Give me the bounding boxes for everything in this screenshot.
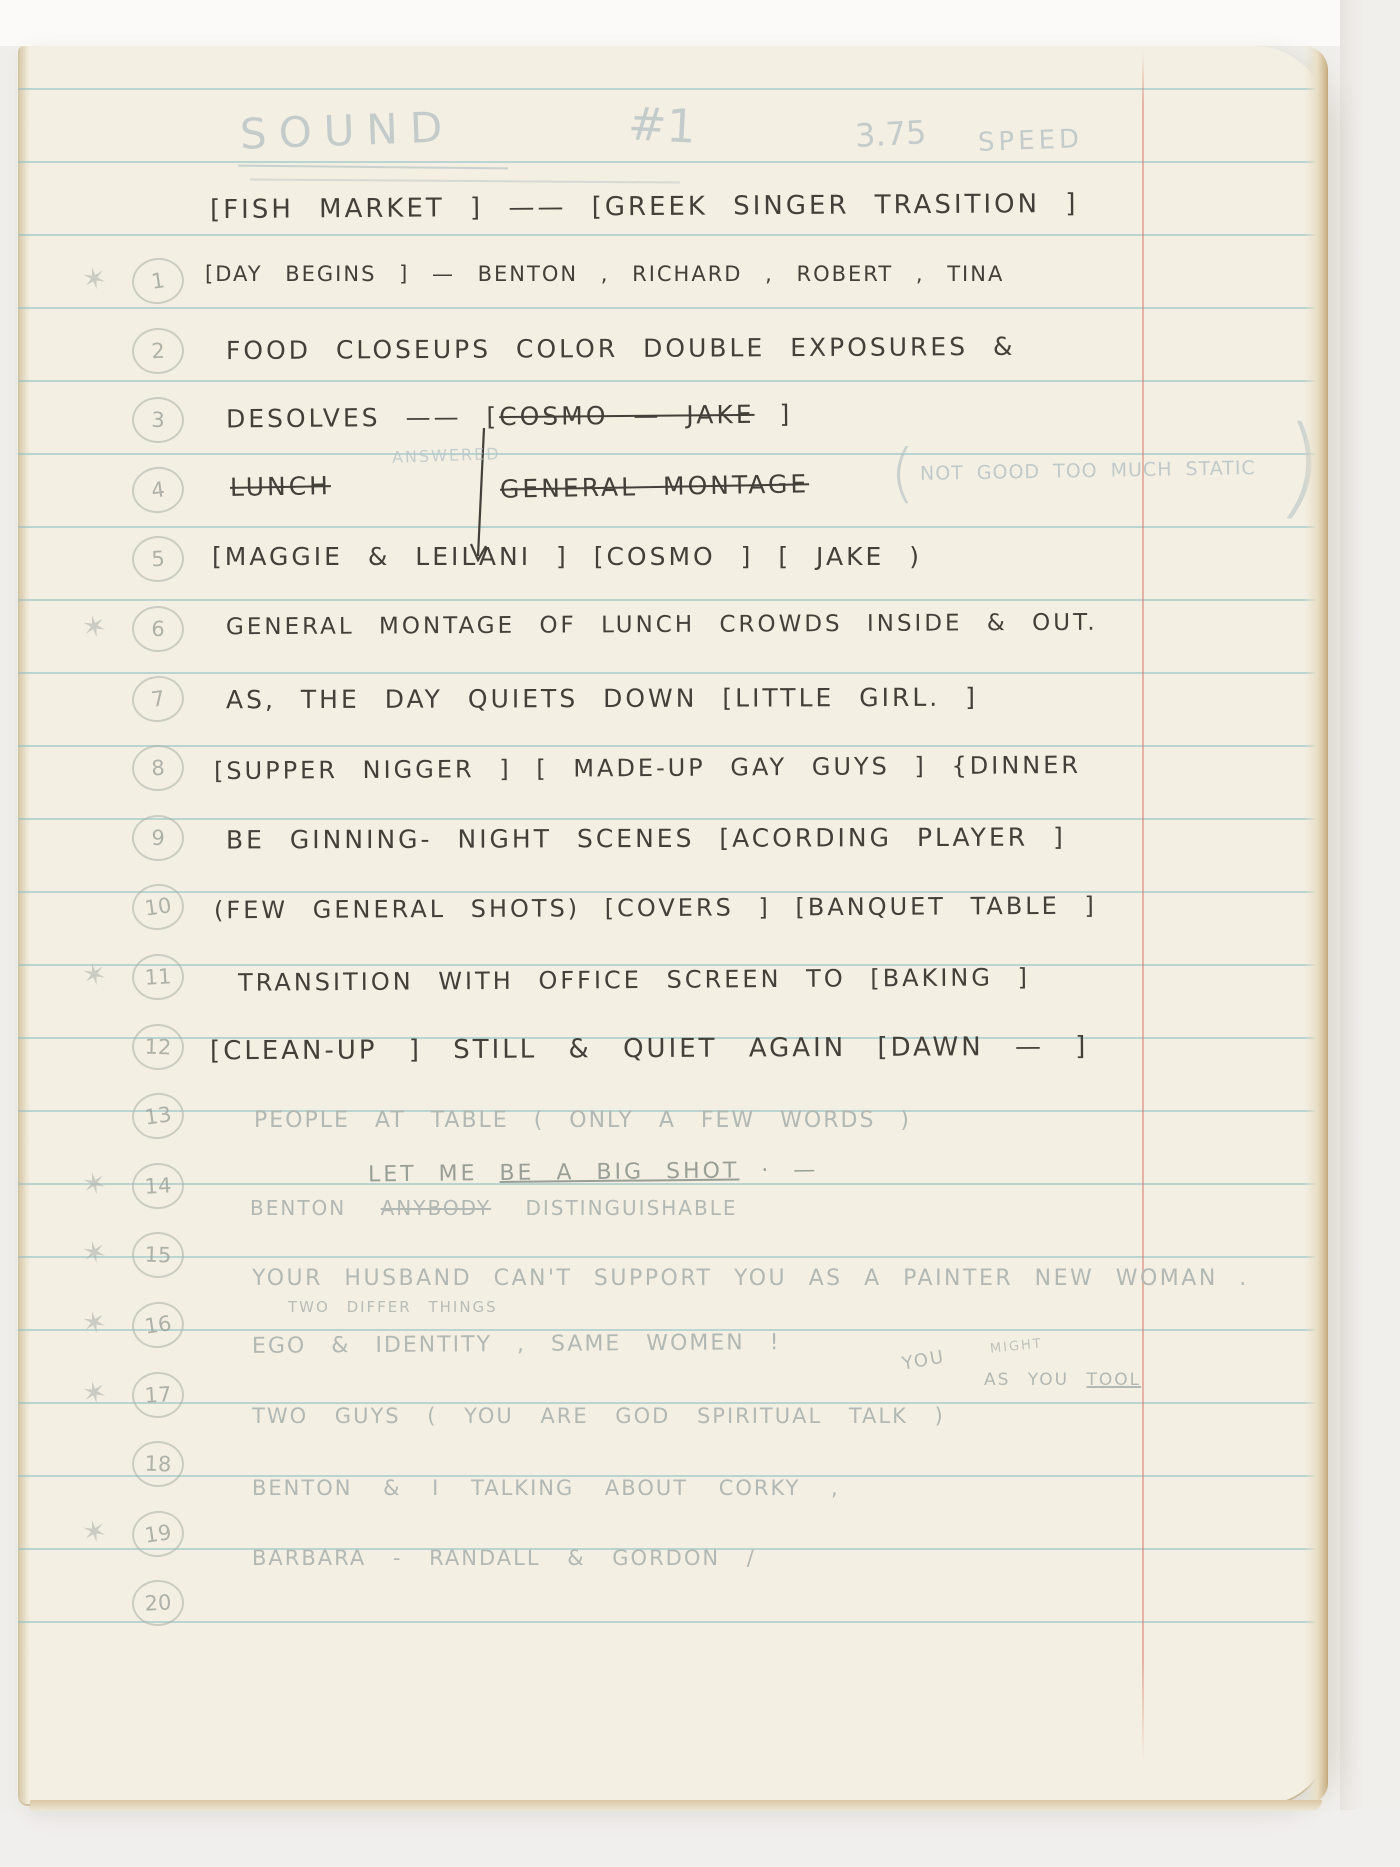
margin-row: ✶ 12 (18, 1024, 218, 1074)
cosmo-jake-struck: COSMO — JAKE (499, 400, 755, 431)
margin-row: ✶ 5 (18, 536, 218, 586)
photo-background-right (1340, 0, 1400, 1867)
circled-number: 6 (131, 605, 185, 653)
margin-number: 17 (144, 1382, 172, 1407)
notebook-page: SOUND #1 3.75 SPEED [FISH MARKET ] —— [G… (18, 46, 1328, 1804)
big-shot-post: · — (739, 1158, 818, 1184)
margin-number: 14 (144, 1173, 172, 1198)
pencil-close-paren: ) (1274, 410, 1328, 524)
margin-row: ✶ 13 (18, 1093, 218, 1143)
star-icon: ✶ (79, 1513, 111, 1552)
circled-number: 19 (129, 1507, 187, 1560)
margin-row: ✶ 2 (18, 328, 218, 378)
margin-number: 16 (143, 1311, 173, 1338)
pencil-line-benton-distinguishable: BENTON ANYBODY DISTINGUISHABLE (250, 1198, 738, 1218)
pencil-line-barbara: BARBARA - RANDALL & GORDON / (252, 1548, 756, 1569)
margin-number: 3 (151, 408, 165, 432)
margin-number: 9 (151, 826, 165, 850)
margin-row: ✶ 6 (18, 606, 218, 656)
header-title: SOUND (239, 106, 455, 155)
ink-line-transition: TRANSITION WITH OFFICE SCREEN TO [BAKING… (238, 965, 1030, 995)
circled-number: 20 (131, 1579, 185, 1628)
margin-row: ✶ 1 (18, 258, 218, 308)
circled-number: 16 (129, 1299, 187, 1352)
pencil-not-good-note: NOT GOOD TOO MUCH STATIC (920, 459, 1256, 484)
pencil-ann-as-you-tool: AS YOU TOOL (984, 1372, 1141, 1389)
desolves-text: DESOLVES —— [ (226, 402, 499, 433)
ink-line-desolves: DESOLVES —— [COSMO — JAKE ] (226, 402, 792, 432)
pencil-ann-you: YOU (901, 1348, 947, 1373)
ink-general-montage-struck: GENERAL MONTAGE (500, 471, 810, 501)
pencil-line-big-shot: LET ME BE A BIG SHOT · — (368, 1160, 819, 1187)
margin-row: ✶ 16 (18, 1302, 218, 1352)
header-speed-label: SPEED (978, 126, 1084, 156)
header-title-underline-2 (250, 178, 680, 183)
ink-line-food-closeups: FOOD CLOSEUPS COLOR DOUBLE EXPOSURES & (226, 334, 1016, 363)
pencil-line-two-guys: TWO GUYS ( YOU ARE GOD SPIRITUAL TALK ) (252, 1406, 945, 1427)
benton-word: BENTON (250, 1196, 381, 1220)
star-icon: ✶ (79, 1165, 111, 1204)
ink-lunch-struck: LUNCH (230, 473, 331, 500)
ink-line-beginning: BE GINNING- NIGHT SCENES [ACORDING PLAYE… (226, 825, 1066, 853)
circled-number: 3 (131, 396, 185, 444)
circled-number: 4 (129, 463, 187, 516)
margin-row: ✶ 14 (18, 1163, 218, 1213)
circled-number: 14 (131, 1161, 185, 1210)
circled-number: 10 (129, 881, 187, 934)
margin-number: 2 (151, 338, 166, 363)
margin-row: ✶ 18 (18, 1441, 218, 1491)
ink-line-day-quiets: AS, THE DAY QUIETS DOWN [LITTLE GIRL. ] (226, 685, 978, 713)
margin-number: 8 (151, 756, 166, 781)
ink-line-day-begins: [DAY BEGINS ] — BENTON , RICHARD , ROBER… (205, 264, 1004, 285)
page-stack-edge (30, 1800, 1322, 1811)
pencil-line-husband: YOUR HUSBAND CAN'T SUPPORT YOU AS A PAIN… (252, 1268, 1249, 1290)
header-speed-value: 3.75 (854, 116, 927, 152)
star-icon: ✶ (79, 1373, 111, 1412)
circled-number: 15 (131, 1231, 185, 1279)
distinguishable-word: DISTINGUISHABLE (491, 1196, 737, 1220)
ann-tool-underlined: TOOL (1087, 1370, 1142, 1390)
pencil-open-paren: ( (890, 442, 915, 506)
star-icon: ✶ (79, 1234, 111, 1273)
margin-number: 11 (144, 964, 172, 989)
margin-number: 6 (151, 617, 165, 641)
ink-line-supper: [SUPPER NIGGER ] [ MADE-UP GAY GUYS ] {D… (214, 753, 1081, 783)
pencil-answered-note: ANSWERED (392, 446, 501, 466)
big-shot-underlined: BE A BIG SHOT (499, 1158, 739, 1186)
circled-number: 12 (131, 1023, 185, 1071)
desolves-close-bracket: ] (754, 400, 792, 429)
big-shot-pre: LET ME (368, 1161, 500, 1187)
circled-number: 5 (131, 535, 185, 584)
ann-as-you: AS YOU (984, 1370, 1087, 1390)
circled-number: 17 (131, 1370, 185, 1419)
ink-line-cleanup: [CLEAN-UP ] STILL & QUIET AGAIN [DAWN — … (210, 1034, 1088, 1065)
circled-number: 1 (129, 255, 187, 308)
circled-number: 11 (131, 953, 185, 1002)
margin-row: ✶ 3 (18, 397, 218, 447)
circled-number: 2 (131, 326, 185, 375)
margin-row: ✶ 7 (18, 676, 218, 726)
photo-background-bottom (0, 1810, 1400, 1867)
margin-row: ✶ 4 (18, 467, 218, 517)
margin-number: 5 (151, 547, 166, 572)
photo-background-top (0, 0, 1400, 46)
margin-number: 1 (150, 268, 167, 294)
margin-number: 10 (143, 894, 173, 921)
pencil-line-ego: EGO & IDENTITY , SAME WOMEN ! (252, 1332, 781, 1358)
star-icon: ✶ (79, 608, 111, 647)
circled-number: 18 (131, 1440, 185, 1488)
margin-number: 15 (144, 1243, 172, 1268)
circled-number: 13 (129, 1090, 187, 1143)
margin-row: ✶ 9 (18, 815, 218, 865)
circled-number: 7 (129, 672, 187, 725)
margin-number: 18 (144, 1452, 172, 1477)
margin-row: ✶ 15 (18, 1232, 218, 1282)
pencil-ann-might: MIGHT (989, 1337, 1043, 1355)
star-icon: ✶ (79, 956, 111, 995)
ink-line-few-shots: (FEW GENERAL SHOTS) [COVERS ] [BANQUET T… (214, 894, 1097, 923)
star-icon: ✶ (79, 260, 111, 299)
pencil-line-two-differ: TWO DIFFER THINGS (288, 1300, 498, 1315)
pencil-line-people-at-table: PEOPLE AT TABLE ( ONLY A FEW WORDS ) (254, 1110, 911, 1132)
ink-line-maggie-leilani: [MAGGIE & LEILANI ] [COSMO ] [ JAKE ) (212, 544, 922, 569)
margin-row: ✶ 20 (18, 1580, 218, 1630)
margin-row: ✶ 17 (18, 1372, 218, 1422)
margin-number: 13 (143, 1102, 173, 1129)
ink-line-general-montage: GENERAL MONTAGE OF LUNCH CROWDS INSIDE &… (226, 612, 1098, 640)
margin-row: ✶ 19 (18, 1511, 218, 1561)
header-title-underline (238, 165, 508, 170)
circled-number: 9 (131, 814, 185, 862)
notebook-photo: { "header": { "title": "SOUND", "reel_nu… (0, 0, 1400, 1867)
star-icon: ✶ (79, 1304, 111, 1343)
margin-number: 4 (150, 477, 167, 503)
margin-number: 19 (143, 1520, 173, 1547)
margin-row: ✶ 10 (18, 884, 218, 934)
margin-number: 12 (144, 1034, 172, 1059)
benton-struck-word: ANYBODY (381, 1196, 492, 1220)
header-reel-number: #1 (627, 100, 697, 149)
circled-number: 8 (131, 744, 185, 793)
margin-row: ✶ 11 (18, 954, 218, 1004)
ink-line-fish-market: [FISH MARKET ] —— [GREEK SINGER TRASITIO… (210, 191, 1079, 223)
red-margin-line (1142, 52, 1144, 1764)
pencil-line-benton-corky: BENTON & I TALKING ABOUT CORKY , (252, 1478, 840, 1499)
margin-row: ✶ 8 (18, 745, 218, 795)
margin-number: 20 (144, 1591, 172, 1616)
margin-number: 7 (150, 686, 167, 712)
